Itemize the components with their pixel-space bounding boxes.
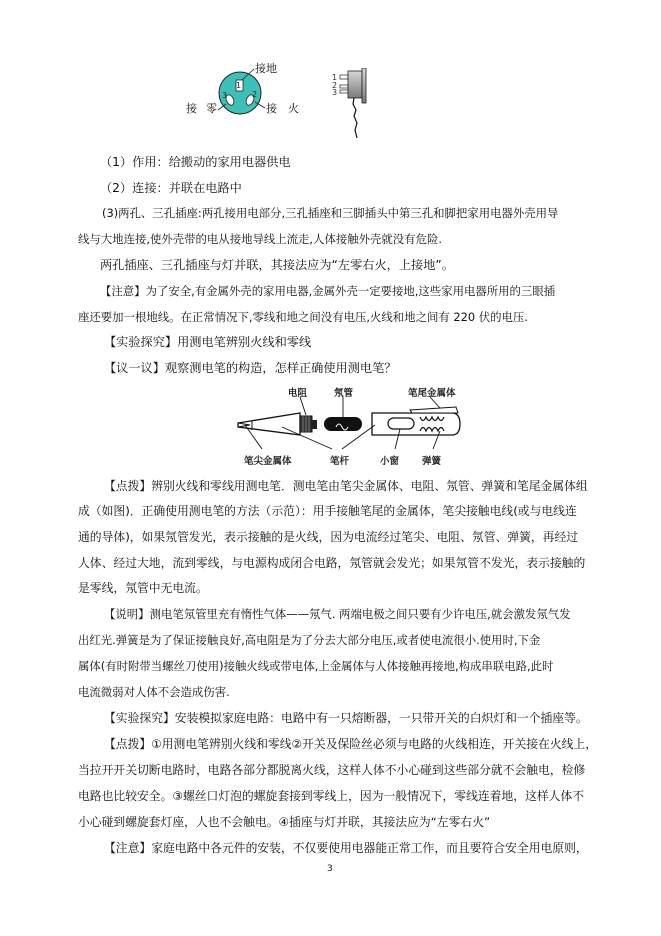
page-number: 3 <box>327 864 333 874</box>
three-pin-plug-diagram: 1 2 3 <box>330 68 380 143</box>
label-neon-tube: 氖管 <box>334 385 353 399</box>
socket-icon: 1 2 3 <box>180 58 320 118</box>
para-tip-5: 是零线，氖管中无电流。 <box>78 580 208 596</box>
label-live: 火 <box>288 100 299 116</box>
para-explain-1: 【说明】测电笔氖管里充有惰性气体——氖气. 两端电极之间只要有少许电压,就会激发… <box>104 606 571 622</box>
para-tip-4: 人体、经过大地，流到零线，与电源构成闭合电路，氖管就会发光；如果氖管不发光，表示… <box>78 555 585 571</box>
para-tip2-2: 当拉开开关切断电路时，电路各部分都脱离火线，这样人体不小心碰到这些部分就不会触电… <box>78 762 585 778</box>
label-window: 小窗 <box>380 453 399 467</box>
label-tip-metal: 笔尖金属体 <box>244 453 292 467</box>
label-resistor: 电阻 <box>288 385 307 399</box>
heading-experiment-2: 【实验探究】安装模拟家庭电路：电路中有一只熔断器，一只带开关的白炽灯和一个插座等… <box>104 710 588 726</box>
para-socket-types-2: 线与大地连接,使外壳带的电从接地导线上流走,人体接触外壳就没有危险. <box>78 231 442 247</box>
para-note-2: 座还要加一根地线。在正常情况下,零线和地之间没有电压,火线和地之间有 220 伏… <box>78 309 528 325</box>
para-function: （1）作用：给搬动的家用电器供电 <box>100 154 291 170</box>
para-tip2-4: 小心碰到螺旋套灯座，人也不会触电。④插座与灯并联，其接法应为“左零右火” <box>78 814 490 830</box>
para-note-1: 【注意】为了安全,有金属外壳的家用电器,金属外壳一定要接地,这些家用电器所用的三… <box>100 283 555 299</box>
para-wiring-rule: 两孔插座、三孔插座与灯并联，其接法应为“左零右火，上接地”。 <box>100 257 454 273</box>
para-explain-2: 出红光.弹簧是为了保证接触良好,高电阻是为了分去大部分电压,或者使电流很小.使用… <box>78 632 540 648</box>
three-hole-socket-diagram: 1 2 3 接地 接 零 接 火 <box>180 58 320 118</box>
para-tip2-1: 【点拨】①用测电笔辨别火线和零线②开关及保险丝必须与电路的火线相连，开关接在火线… <box>104 736 597 752</box>
plug-icon: 1 2 3 <box>330 68 380 143</box>
label-neutral: 零 <box>206 100 217 116</box>
label-tail-metal: 笔尾金属体 <box>408 385 456 399</box>
para-tip-1: 【点拨】辨别火线和零线用测电笔．测电笔由笔尖金属体、电阻、氖管、弹簧和笔尾金属体… <box>104 478 588 494</box>
heading-experiment-1: 【实验探究】用测电笔辨别火线和零线 <box>104 334 311 350</box>
label-spring: 弹簧 <box>422 453 441 467</box>
label-barrel: 笔杆 <box>330 453 349 467</box>
para-explain-4: 电流微弱对人体不会造成伤害. <box>78 684 230 700</box>
label-neutral-prefix: 接 <box>186 100 197 116</box>
svg-text:3: 3 <box>332 88 337 97</box>
label-ground: 接地 <box>255 60 277 76</box>
para-tip-3: 通的导体)，如果氖管发光，表示接触的是火线，因为电流经过笔尖、电阻、氖管、弹簧，… <box>78 529 578 545</box>
para-note-final: 【注意】家庭电路中各元件的安装，不仅要使用电器能正常工作，而且要符合安全用电原则… <box>104 840 588 856</box>
para-connection: （2）连接：并联在电路中 <box>100 180 242 196</box>
heading-discuss: 【议一议】观察测电笔的构造，怎样正确使用测电笔？ <box>104 360 397 376</box>
para-tip2-3: 电路也比较安全。③螺丝口灯泡的螺旋套接到零线上，因为一般情况下，零线连着地，这样… <box>78 788 584 804</box>
para-socket-types-1: (3)两孔、三孔插座:两孔接用电部分,三孔插座和三脚插头中第三孔和脚把家用电器外… <box>102 205 558 221</box>
svg-text:1: 1 <box>236 81 241 90</box>
test-pen-diagram: 电阻 氖管 笔尾金属体 笔尖金属体 笔杆 小窗 弹簧 <box>230 383 470 473</box>
label-live-prefix: 接 <box>266 100 277 116</box>
para-tip-2: 成（如图)．正确使用测电笔的方法（示范）：用手接触笔尾的金属体，笔尖接触电线(或… <box>78 503 577 519</box>
svg-text:2: 2 <box>252 90 257 99</box>
para-explain-3: 属体(有时附带当螺丝刀使用)接触火线或带电体,上金属体与人体接触再接地,构成串联… <box>78 658 553 674</box>
svg-text:3: 3 <box>222 91 227 100</box>
